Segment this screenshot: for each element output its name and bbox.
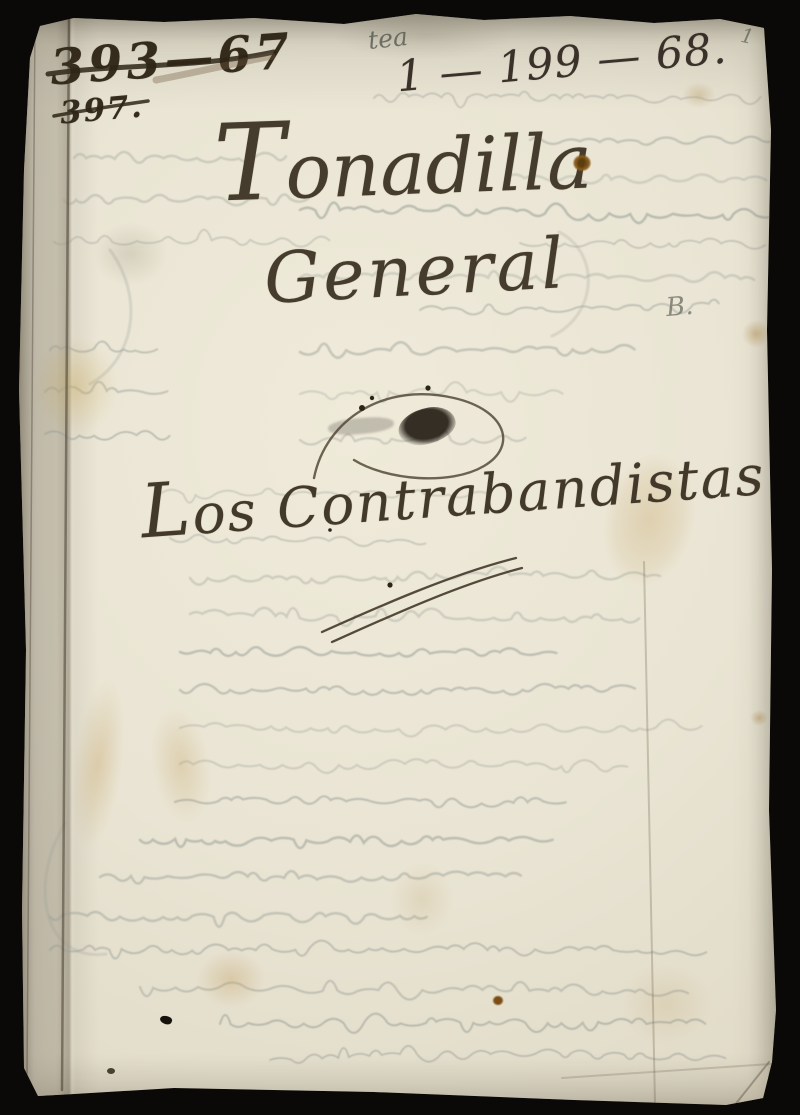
pen-flourish-loop (314, 394, 503, 478)
page-crease-bottom (562, 1064, 771, 1078)
end-flourish-mark (322, 558, 522, 642)
pen-marks-overlay (14, 10, 780, 1108)
spine-edge-line (27, 20, 35, 1074)
ink-dots (328, 385, 430, 587)
manuscript-page: 393—67 397. tea 1 — 199 — 68. 1 Tonadill… (14, 10, 780, 1108)
photographed-manuscript: { "colors": { "backdrop": "#0b0907", "pa… (0, 0, 800, 1115)
page-crease-vertical (644, 562, 655, 1104)
spine-crease (62, 16, 69, 1090)
dog-ear-fold (736, 1064, 771, 1105)
